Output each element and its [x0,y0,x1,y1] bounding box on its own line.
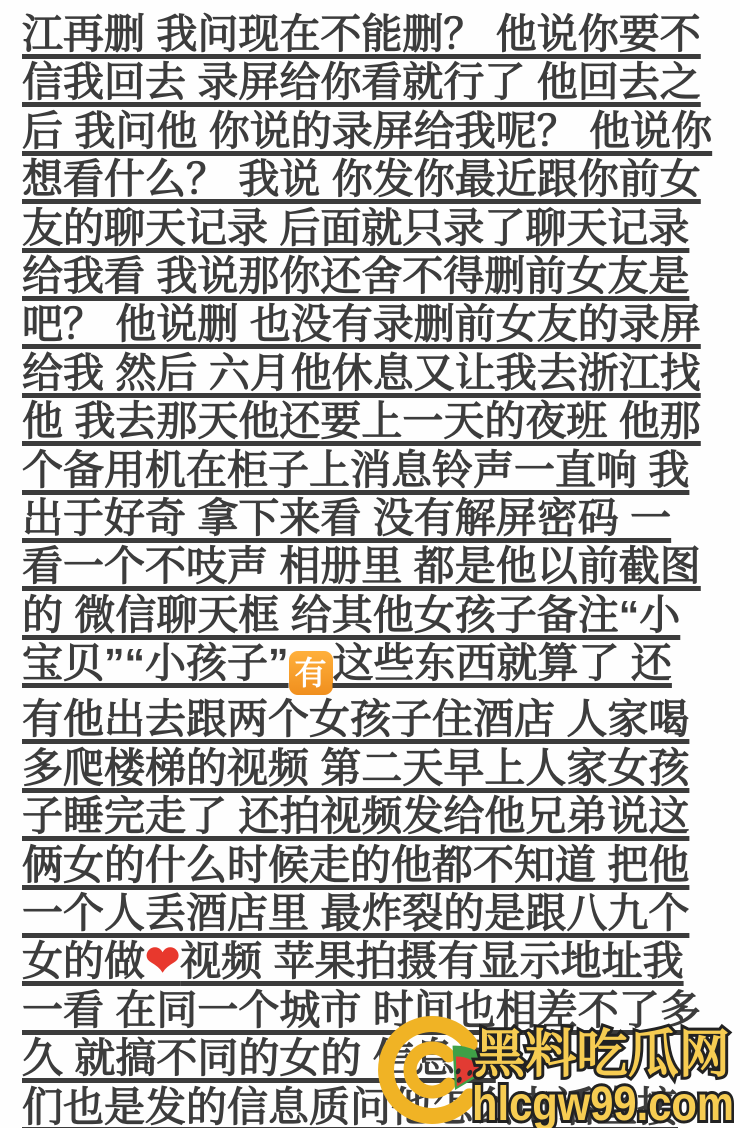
text-line: 给我看 我说那你还舍不得删前女友是 [22,252,732,300]
text-line: 个备用机在柜子上消息铃声一直响 我 [22,446,732,494]
text-line: 的 微信聊天框 给其他女孩子备注“小 [22,591,732,639]
red-heart-emoji: ❤ [145,937,180,984]
text-line-with-have-emoji: 宝贝”“小孩子”有这些东西就算了 还 [22,639,732,695]
text-segment: 女的做 [22,938,145,984]
site-url: hlcgw99.com [472,1078,734,1128]
text-line: 江再删 我问现在不能删？ 他说你要不 [22,10,732,58]
text-line: 一个人丢酒店里 最炸裂的是跟八九个 [22,889,732,937]
site-name: 黑料吃瓜网 [474,1026,730,1084]
text-segment: 宝贝”“小孩子” [22,640,289,686]
text-line: 看一个不吱声 相册里 都是他以前截图 [22,542,732,590]
text-line: 子睡完走了 还拍视频发给他兄弟说这 [22,792,732,840]
text-segment: 视频 苹果拍摄有显示地址我 [180,938,683,984]
watermark: 黑料吃瓜网 hlcgw99.com [360,998,740,1128]
text-line: 想看什么？ 我说 你发你最近跟你前女 [22,155,732,203]
text-line: 他 我去那天他还要上一天的夜班 他那 [22,397,732,445]
text-line: 出于好奇 拿下来看 没有解屏密码 一 [22,494,732,542]
text-line: 吧？ 他说删 也没有录删前女友的录屏 [22,300,732,348]
text-line: 信我回去 录屏给你看就行了 他回去之 [22,58,732,106]
text-line: 后 我问他 你说的录屏给我呢？ 他说你 [22,107,732,155]
text-line: 给我 然后 六月他休息又让我去浙江找 [22,349,732,397]
post-text: 江再删 我问现在不能删？ 他说你要不 信我回去 录屏给你看就行了 他回去之 后 … [0,0,740,1128]
text-line: 俩女的什么时候走的他都不知道 把他 [22,841,732,889]
post-screenshot: 江再删 我问现在不能删？ 他说你要不 信我回去 录屏给你看就行了 他回去之 后 … [0,0,740,1128]
text-line: 友的聊天记录 后面就只录了聊天记录 [22,204,732,252]
text-segment: 这些东西就算了 还 [333,640,672,686]
watermark-graphic: 黑料吃瓜网 hlcgw99.com [360,998,740,1128]
text-line: 多爬楼梯的视频 第二天早上人家女孩 [22,744,732,792]
text-line: 有他出去跟两个女孩子住酒店 人家喝 [22,695,732,743]
squared-have-emoji: 有 [289,651,333,695]
text-line-with-heart-emoji: 女的做❤视频 苹果拍摄有显示地址我 [22,937,732,985]
